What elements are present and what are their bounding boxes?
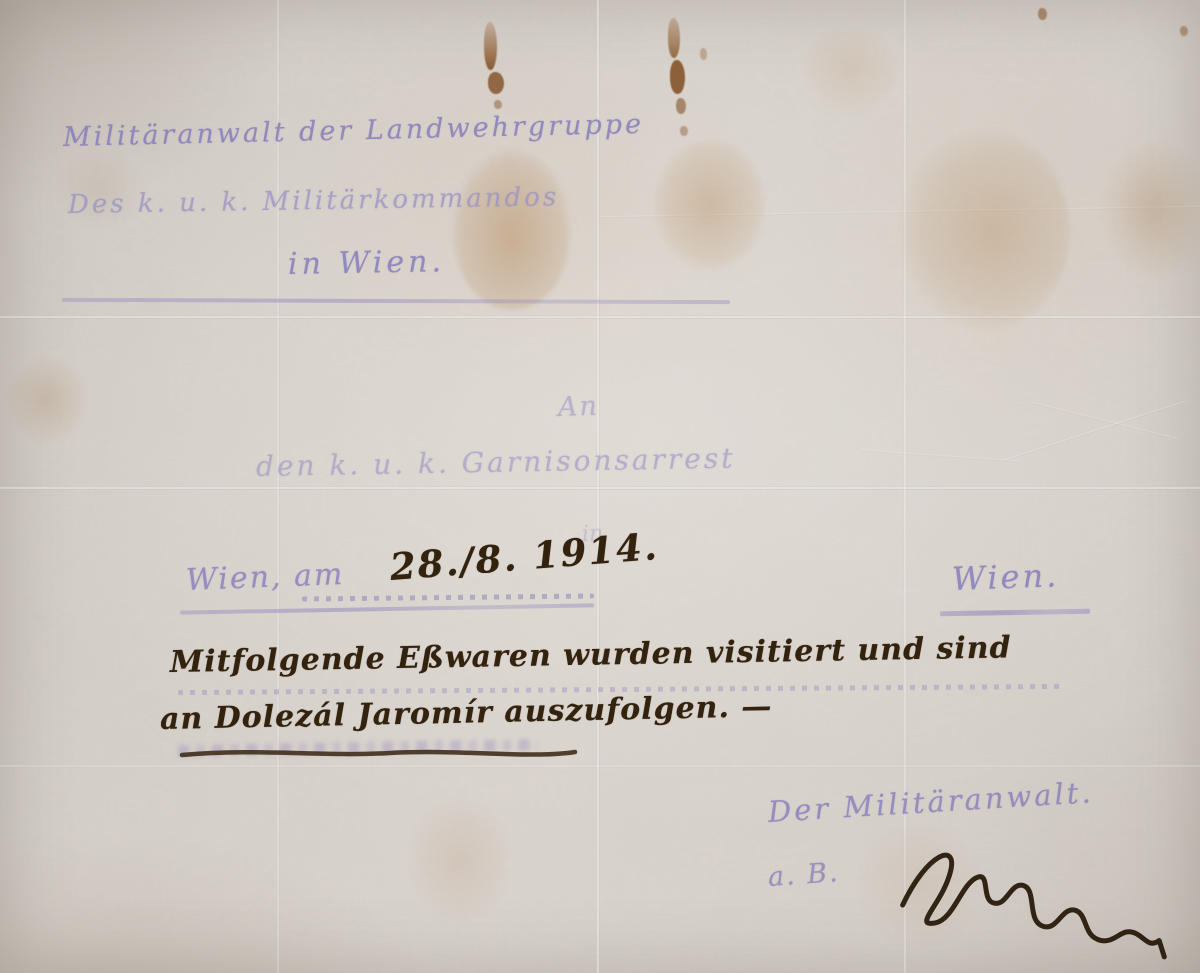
ink-drip-dot-left bbox=[494, 100, 502, 109]
letterhead-line3: in Wien. bbox=[288, 244, 446, 282]
fold-crease-horizontal-upper bbox=[0, 315, 1200, 319]
address-line: den k. u. k. Garnisonsarrest bbox=[256, 442, 736, 483]
stain-right-edge bbox=[1100, 140, 1200, 280]
ink-drip-stain-right bbox=[668, 18, 680, 58]
closing-rank: a. B. bbox=[767, 857, 841, 893]
ink-drip-dot-right-1 bbox=[676, 98, 686, 114]
dateline-dotted-rule bbox=[302, 593, 594, 601]
letterhead-rule bbox=[62, 298, 730, 304]
fold-crease-horizontal-middle bbox=[0, 486, 1200, 490]
dateline-place-right: Wien. bbox=[951, 556, 1060, 598]
dateline-underline-left bbox=[180, 603, 594, 614]
crinkle-right-2 bbox=[1032, 402, 1178, 440]
crinkle-right-3 bbox=[860, 449, 1020, 462]
fingerprint-stain-center-left bbox=[452, 150, 572, 310]
letterhead-line2: Des k. u. k. Militärkommandos bbox=[68, 182, 560, 220]
dateline-underline-right bbox=[940, 609, 1090, 616]
address-an: An bbox=[557, 391, 599, 423]
fingerprint-stain-right bbox=[900, 130, 1070, 330]
letterhead-line1: Militäranwalt der Landwehrgruppe bbox=[63, 109, 645, 153]
closing-title: Der Militäranwalt. bbox=[767, 775, 1095, 829]
body-line1: Mitfolgende Eßwaren wurden visitiert und… bbox=[170, 630, 1012, 680]
stain-left-edge bbox=[5, 355, 90, 445]
crease-diagonal-right bbox=[598, 206, 1200, 219]
crinkle-right-1 bbox=[1004, 401, 1185, 462]
dateline-place-left: Wien, am bbox=[185, 557, 345, 598]
dateline-date: 28./8. 1914. bbox=[388, 524, 660, 589]
ink-drip-stain-left bbox=[484, 22, 497, 70]
ink-drip-stain-left-blob bbox=[488, 72, 504, 94]
signature bbox=[882, 834, 1188, 970]
ink-drip-stain-right-blob bbox=[670, 60, 685, 94]
scanned-document: Militäranwalt der Landwehrgruppe Des k. … bbox=[0, 0, 1200, 973]
stain-top-right-faint bbox=[800, 25, 900, 115]
body-line2: an Dolezál Jaromír auszufolgen. — bbox=[160, 689, 773, 737]
stain-bottom-center-left bbox=[405, 795, 515, 925]
ink-drip-dot-right-3 bbox=[700, 48, 707, 60]
speck-top-right-1 bbox=[1038, 8, 1047, 20]
fingerprint-stain-center-right bbox=[655, 140, 765, 270]
speck-top-right-2 bbox=[1180, 26, 1188, 36]
ink-drip-dot-right-2 bbox=[680, 126, 688, 136]
strike-through-line bbox=[170, 733, 590, 773]
